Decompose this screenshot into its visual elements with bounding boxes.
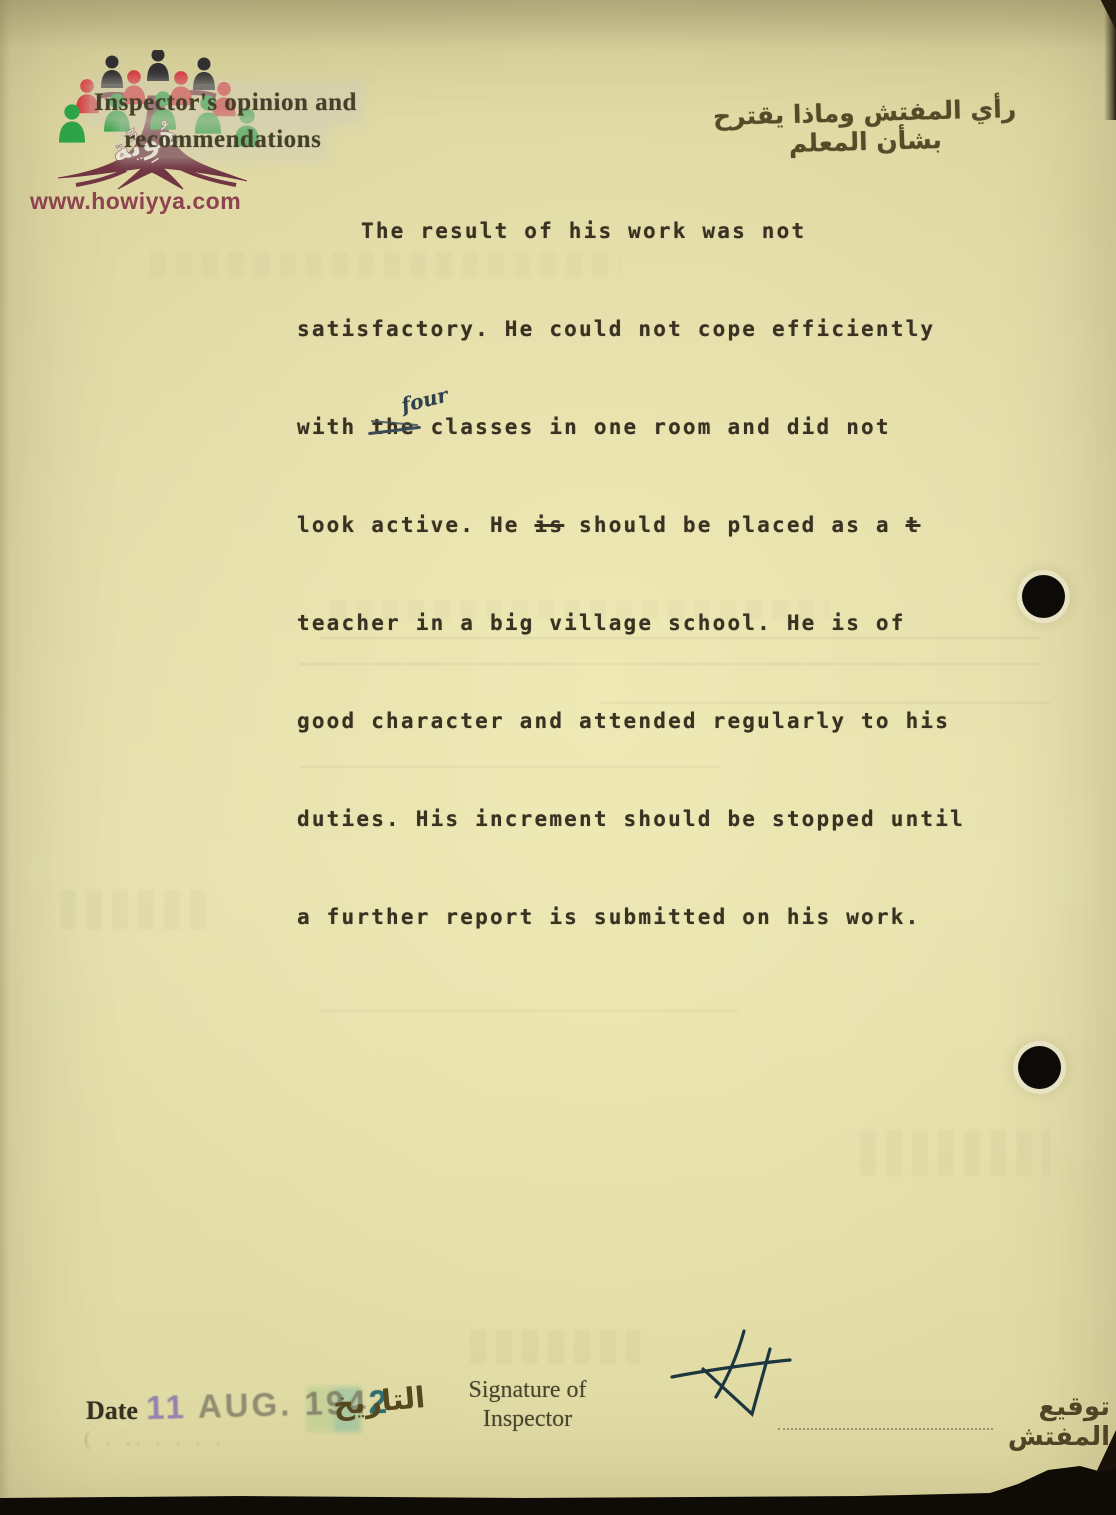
hole-punch-bottom: [1018, 1046, 1061, 1089]
report-line: satisfactory. He could not cope efficien…: [297, 304, 987, 354]
bleedthrough-line: [320, 1010, 740, 1012]
date-label-arabic: التاريخ: [332, 1380, 427, 1422]
report-line: with thefour classes in one room and did…: [297, 402, 987, 452]
report-text: should be placed as a: [564, 513, 905, 537]
hole-punch-top: [1022, 575, 1065, 618]
report-line: duties. His increment should be stopped …: [297, 794, 987, 844]
inspector-signature-scribble: [640, 1315, 820, 1435]
bleedthrough-smudge: [60, 890, 210, 930]
scanned-document-page: هُوِيَّة www.howiyya.com Inspector's opi…: [0, 0, 1116, 1515]
signature-label-line-1: Signature of: [469, 1377, 587, 1403]
report-line: The result of his work was not: [297, 206, 987, 256]
report-text: look active. He: [297, 513, 535, 537]
pen-struck-word: thefour: [371, 402, 416, 452]
typed-struck-letter: t: [906, 513, 921, 537]
title-line-1: Inspector's opinion and: [90, 84, 361, 121]
section-title-arabic: رأي المفتش وماذا يقترح بشأن المعلم: [699, 94, 1030, 161]
report-text: with: [297, 415, 371, 439]
watermark-url: www.howiyya.com: [30, 188, 241, 215]
inspector-report-text: The result of his work was not satisfact…: [297, 158, 987, 990]
report-line: look active. He is should be placed as a…: [297, 500, 987, 550]
bleedthrough-smudge: [470, 1330, 640, 1364]
section-title-english: Inspector's opinion and recommendations: [90, 84, 360, 158]
report-line: good character and attended regularly to…: [297, 696, 987, 746]
report-line: a further report is submitted on his wor…: [297, 892, 987, 942]
bleedthrough-smudge: [860, 1130, 1050, 1176]
scan-left-shade: [0, 0, 10, 1515]
scan-bottom-bar: [0, 1420, 1116, 1515]
title-line-2: recommendations: [120, 121, 325, 158]
typed-struck-word: is: [535, 513, 565, 537]
report-line: teacher in a big village school. He is o…: [297, 598, 987, 648]
scan-top-shade: [0, 0, 1116, 48]
report-text: classes in one room and did not: [416, 415, 891, 439]
